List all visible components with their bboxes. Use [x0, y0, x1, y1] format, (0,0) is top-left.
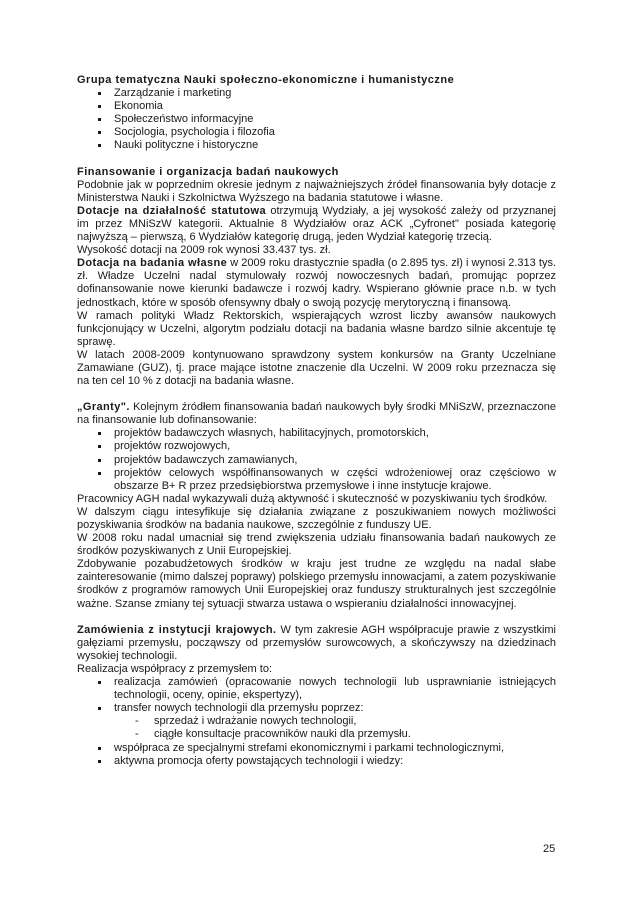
spacer — [77, 611, 556, 624]
cooperation-list-continued: współpraca ze specjalnymi strefami ekono… — [77, 742, 556, 768]
section-heading-thematic-group: Grupa tematyczna Nauki społeczno-ekonomi… — [77, 74, 556, 87]
sublist-item: ciągłe konsultacje pracowników nauki dla… — [77, 728, 556, 741]
document-page: Grupa tematyczna Nauki społeczno-ekonomi… — [77, 74, 556, 768]
paragraph-text: Kolejnym źródłem finansowania badań nauk… — [77, 401, 556, 426]
list-item: Ekonomia — [77, 100, 556, 113]
paragraph: W latach 2008-2009 kontynuowano sprawdzo… — [77, 349, 556, 388]
paragraph: Wysokość dotacji na 2009 rok wynosi 33.4… — [77, 244, 556, 257]
list-item: Socjologia, psychologia i filozofia — [77, 126, 556, 139]
list-item: projektów celowych współfinansowanych w … — [77, 467, 556, 493]
paragraph: Realizacja współpracy z przemysłem to: — [77, 663, 556, 676]
grants-list: projektów badawczych własnych, habilitac… — [77, 427, 556, 492]
paragraph: W 2008 roku nadal umacniał się trend zwi… — [77, 532, 556, 558]
bold-term: Dotacja na badania własne — [77, 257, 227, 269]
paragraph-statutory-grants: Dotacje na działalność statutowa otrzymu… — [77, 205, 556, 244]
paragraph: Zdobywanie pozabudżetowych środków w kra… — [77, 558, 556, 610]
transfer-sublist: sprzedaż i wdrażanie nowych technologii,… — [77, 715, 556, 741]
paragraph: Podobnie jak w poprzednim okresie jednym… — [77, 179, 556, 205]
list-item: Nauki polityczne i historyczne — [77, 139, 556, 152]
paragraph: W dalszym ciągu intesyfikuje się działan… — [77, 506, 556, 532]
section-heading-research-funding: Finansowanie i organizacja badań naukowy… — [77, 166, 556, 179]
spacer — [77, 388, 556, 401]
list-item: transfer nowych technologii dla przemysł… — [77, 702, 556, 715]
list-item: Społeczeństwo informacyjne — [77, 113, 556, 126]
list-item: Zarządzanie i marketing — [77, 87, 556, 100]
list-item: aktywna promocja oferty powstających tec… — [77, 755, 556, 768]
list-item: projektów badawczych własnych, habilitac… — [77, 427, 556, 440]
bold-term: „Granty". — [77, 401, 130, 413]
paragraph-domestic-orders: Zamówienia z instytucji krajowych. W tym… — [77, 624, 556, 663]
paragraph: W ramach polityki Władz Rektorskich, wsp… — [77, 310, 556, 349]
list-item: projektów badawczych zamawianych, — [77, 454, 556, 467]
sublist-item: sprzedaż i wdrażanie nowych technologii, — [77, 715, 556, 728]
list-item: współpraca ze specjalnymi strefami ekono… — [77, 742, 556, 755]
cooperation-list: realizacja zamówień (opracowanie nowych … — [77, 676, 556, 715]
thematic-list: Zarządzanie i marketing Ekonomia Społecz… — [77, 87, 556, 152]
list-item: projektów rozwojowych, — [77, 440, 556, 453]
spacer — [77, 153, 556, 166]
paragraph-grants: „Granty". Kolejnym źródłem finansowania … — [77, 401, 556, 427]
page-number: 25 — [543, 843, 555, 855]
bold-term: Dotacje na działalność statutowa — [77, 205, 266, 217]
bold-term: Zamówienia z instytucji krajowych. — [77, 624, 276, 636]
list-item: realizacja zamówień (opracowanie nowych … — [77, 676, 556, 702]
paragraph: Pracownicy AGH nadal wykazywali dużą akt… — [77, 493, 556, 506]
paragraph-own-research: Dotacja na badania własne w 2009 roku dr… — [77, 257, 556, 309]
